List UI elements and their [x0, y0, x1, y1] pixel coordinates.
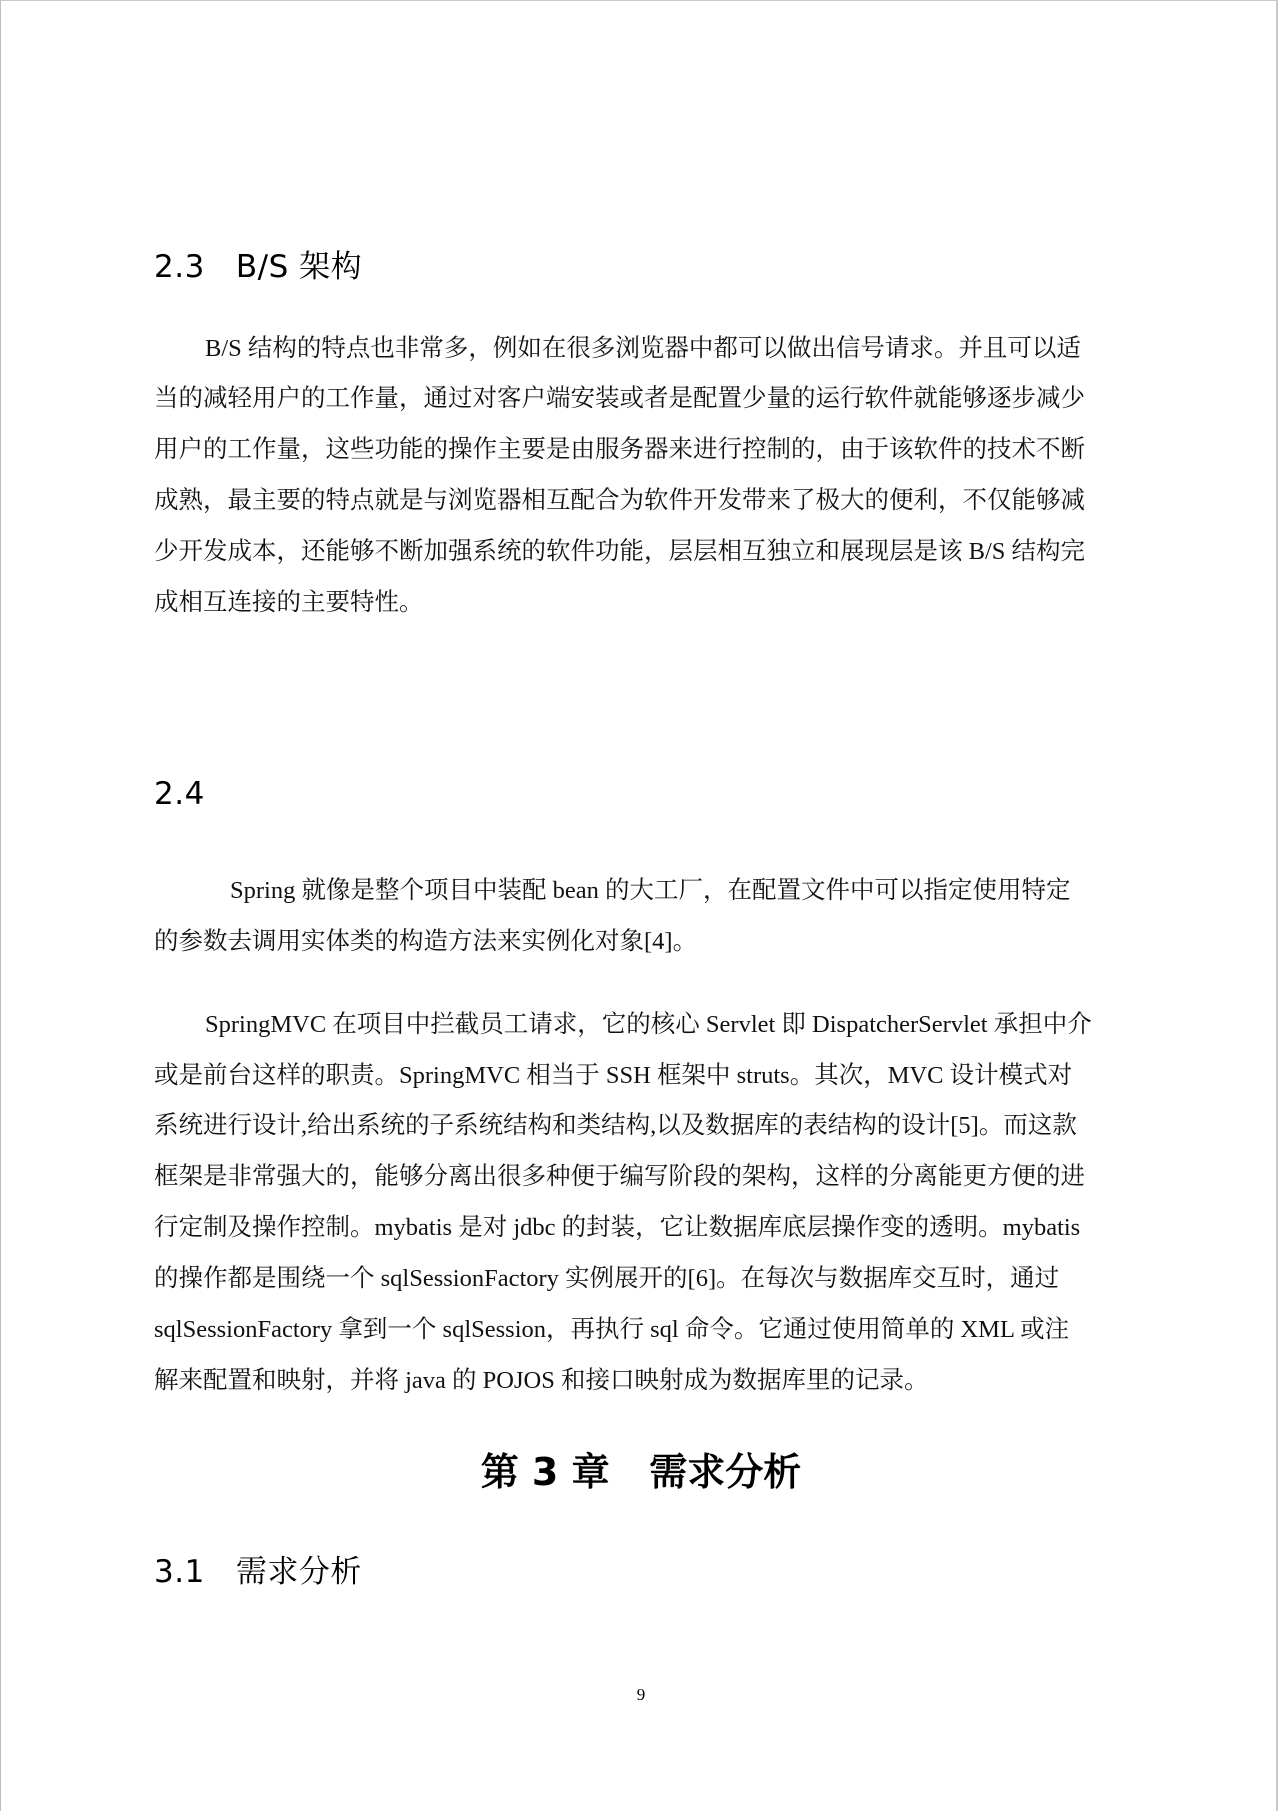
- text-line: 框架是非常强大的，能够分离出很多种便于编写阶段的架构，这样的分离能更方便的进: [154, 1157, 1085, 1192]
- section-heading-2-3: 2.3 B/S 架构: [154, 241, 362, 286]
- page-number: 9: [1, 1685, 1280, 1705]
- section-heading-2-4: 2.4: [154, 776, 205, 812]
- text-line: 的参数去调用实体类的构造方法来实例化对象[4]。: [154, 922, 697, 957]
- text-line: 解来配置和映射，并将 java 的 POJOS 和接口映射成为数据库里的记录。: [154, 1361, 928, 1396]
- text-line: 行定制及操作控制。mybatis 是对 jdbc 的封装，它让数据库底层操作变的…: [154, 1208, 1080, 1243]
- text-line: 系统进行设计,给出系统的子系统结构和类结构,以及数据库的表结构的设计[5]。而这…: [154, 1106, 1077, 1141]
- text-line: Spring 就像是整个项目中装配 bean 的大工厂，在配置文件中可以指定使用…: [230, 871, 1070, 906]
- text-line: B/S 结构的特点也非常多，例如在很多浏览器中都可以做出信号请求。并且可以适: [205, 329, 1081, 364]
- text-line: sqlSessionFactory 拿到一个 sqlSession，再执行 sq…: [154, 1310, 1069, 1345]
- text-line: 的操作都是围绕一个 sqlSessionFactory 实例展开的[6]。在每次…: [154, 1259, 1059, 1294]
- text-line: SpringMVC 在项目中拦截员工请求，它的核心 Servlet 即 Disp…: [205, 1005, 1092, 1040]
- text-line: 成相互连接的主要特性。: [154, 583, 424, 618]
- chapter-heading: 第 3 章 需求分析: [1, 1441, 1280, 1496]
- text-line: 成熟，最主要的特点就是与浏览器相互配合为软件开发带来了极大的便利，不仅能够减: [154, 481, 1085, 516]
- document-page: 2.3 B/S 架构 B/S 结构的特点也非常多，例如在很多浏览器中都可以做出信…: [0, 0, 1278, 1811]
- section-heading-3-1: 3.1 需求分析: [154, 1546, 362, 1591]
- text-line: 少开发成本，还能够不断加强系统的软件功能，层层相互独立和展现层是该 B/S 结构…: [154, 532, 1085, 567]
- text-line: 或是前台这样的职责。SpringMVC 相当于 SSH 框架中 struts。其…: [154, 1056, 1072, 1091]
- text-line: 用户的工作量，这些功能的操作主要是由服务器来进行控制的，由于该软件的技术不断: [154, 430, 1085, 465]
- text-line: 当的减轻用户的工作量，通过对客户端安装或者是配置少量的运行软件就能够逐步减少: [154, 379, 1085, 414]
